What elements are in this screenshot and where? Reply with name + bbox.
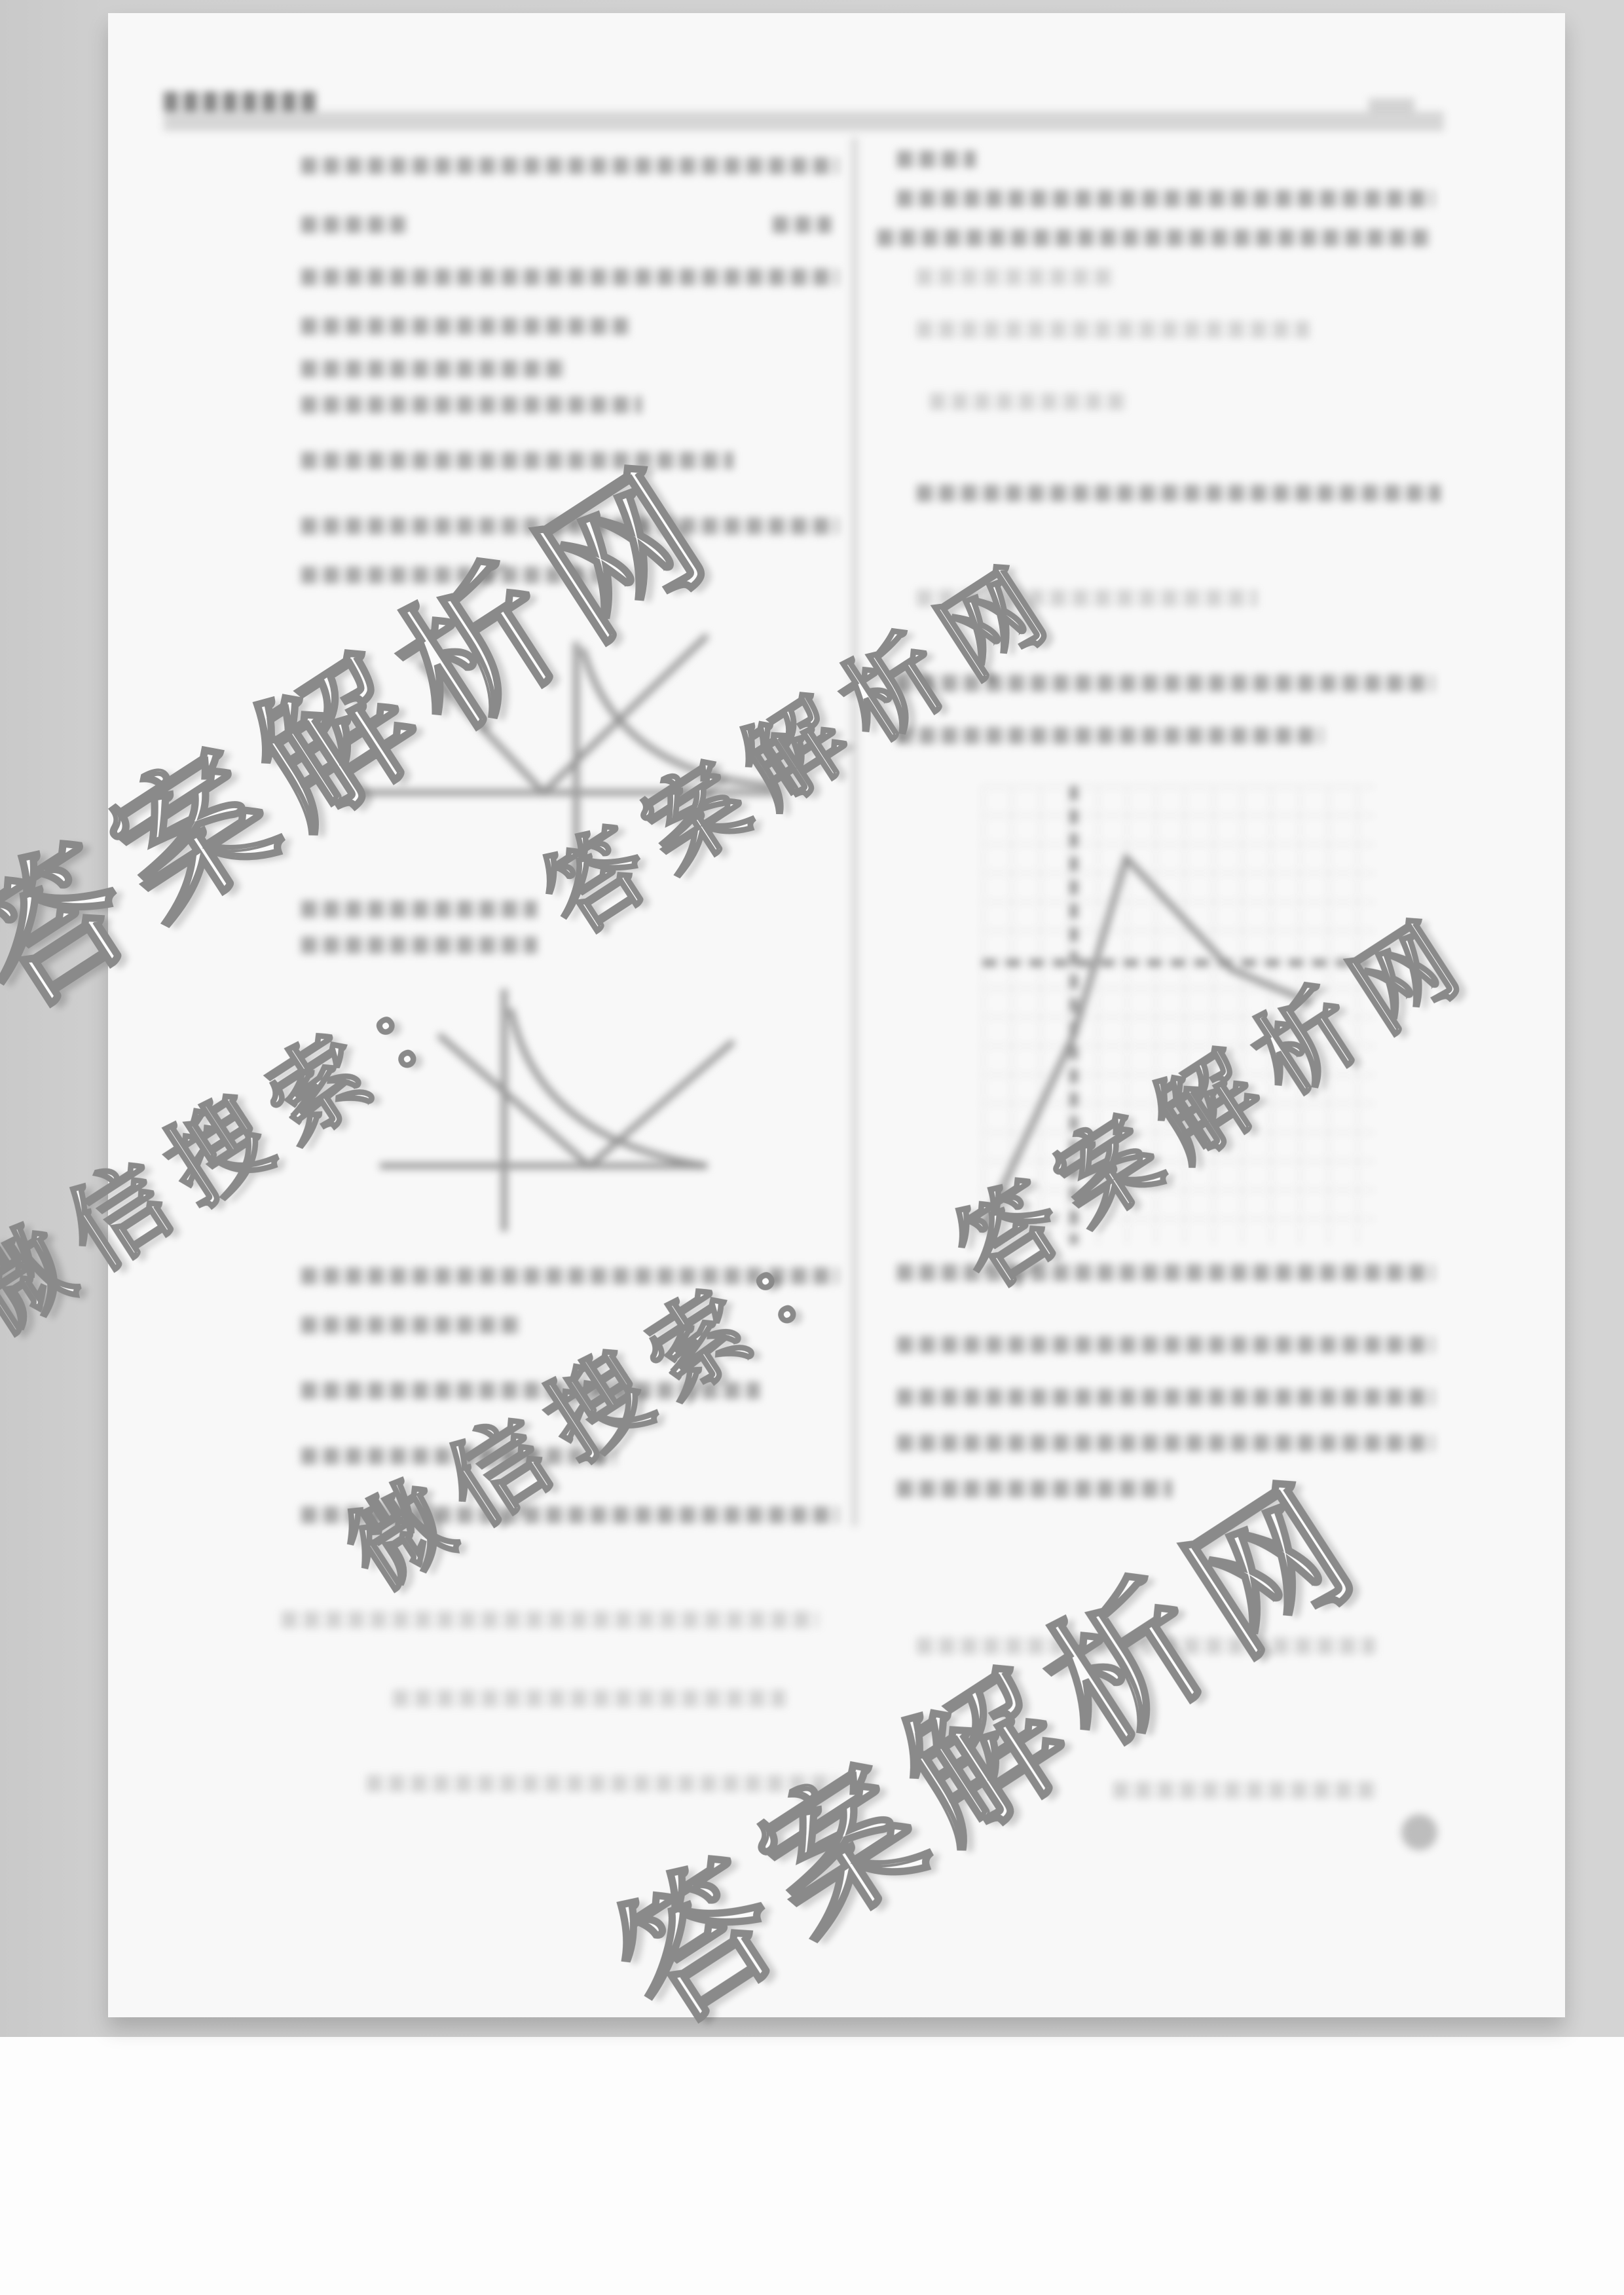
text-line	[897, 151, 976, 168]
text-line	[301, 157, 838, 174]
text-line	[301, 360, 563, 377]
text-line	[897, 1389, 1434, 1406]
text-line	[301, 216, 406, 233]
text-line	[1113, 1782, 1375, 1799]
text-line	[897, 1434, 1434, 1451]
text-line	[301, 396, 642, 413]
text-line	[917, 269, 1113, 286]
text-line	[897, 190, 1434, 207]
text-line	[301, 901, 537, 918]
text-line	[897, 1336, 1434, 1353]
text-line	[917, 321, 1310, 338]
text-line	[897, 727, 1323, 744]
page-number-marker	[1401, 1814, 1437, 1850]
text-line	[301, 269, 838, 286]
text-line	[301, 318, 629, 335]
text-line	[877, 229, 1434, 246]
text-line	[897, 1480, 1172, 1497]
text-line	[393, 1690, 786, 1707]
running-header-page	[1369, 98, 1414, 113]
text-line	[282, 1611, 819, 1628]
running-header-rule	[164, 111, 1444, 131]
text-line	[930, 393, 1126, 410]
text-line	[301, 1316, 524, 1334]
text-line	[917, 485, 1441, 502]
text-line	[773, 216, 832, 233]
column-divider	[851, 138, 858, 1526]
